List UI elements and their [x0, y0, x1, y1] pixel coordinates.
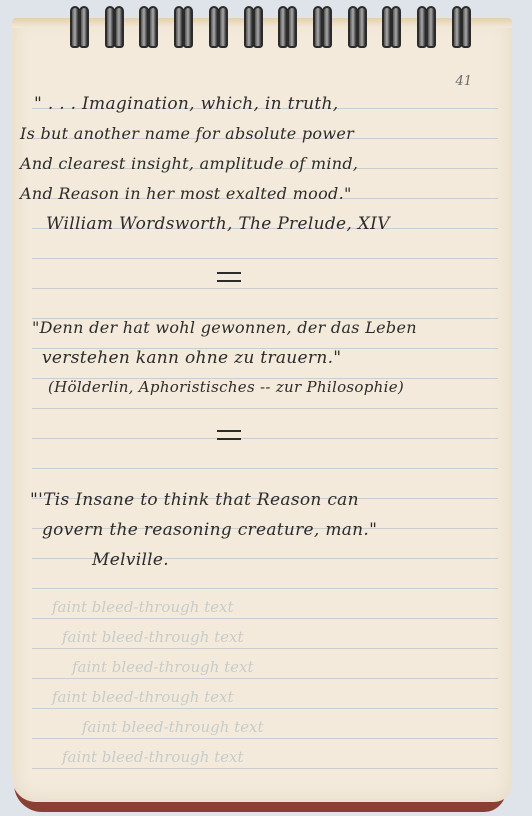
- spiral-coil: [348, 6, 366, 46]
- quote-attribution: (Hölderlin, Aphoristisches -- zur Philos…: [48, 378, 404, 396]
- ruled-line: [32, 618, 498, 619]
- ruled-line: [32, 678, 498, 679]
- quote-line: govern the reasoning creature, man.": [42, 520, 377, 540]
- ruled-line: [32, 468, 498, 469]
- separator-equals: [217, 430, 241, 440]
- bleed-through-text: faint bleed-through text: [62, 628, 244, 646]
- ruled-line: [32, 708, 498, 709]
- spiral-binding: [70, 6, 470, 50]
- bleed-through-text: faint bleed-through text: [62, 748, 244, 766]
- ruled-line: [32, 738, 498, 739]
- ruled-line: [32, 408, 498, 409]
- page-number: 41: [455, 74, 472, 89]
- separator-equals: [217, 272, 241, 282]
- spiral-coil: [244, 6, 262, 46]
- quote-line: "'Tis Insane to think that Reason can: [30, 490, 359, 510]
- quote-line: verstehen kann ohne zu trauern.": [42, 348, 341, 368]
- spiral-coil: [313, 6, 331, 46]
- spiral-coil: [417, 6, 435, 46]
- spiral-coil: [209, 6, 227, 46]
- spiral-coil: [452, 6, 470, 46]
- quote-line: " . . . Imagination, which, in truth,: [34, 94, 338, 114]
- bleed-through-text: faint bleed-through text: [52, 598, 234, 616]
- quote-line: "Denn der hat wohl gewonnen, der das Leb…: [32, 318, 417, 337]
- ruled-line: [32, 258, 498, 259]
- ruled-line: [32, 438, 498, 439]
- spiral-coil: [105, 6, 123, 46]
- bleed-through-text: faint bleed-through text: [72, 658, 254, 676]
- spiral-coil: [278, 6, 296, 46]
- quote-line: And Reason in her most exalted mood.": [20, 184, 352, 203]
- bleed-through-text: faint bleed-through text: [82, 718, 264, 736]
- ruled-line: [32, 588, 498, 589]
- spiral-coil: [70, 6, 88, 46]
- quote-attribution: Melville.: [92, 550, 169, 570]
- ruled-line: [32, 768, 498, 769]
- spiral-coil: [382, 6, 400, 46]
- notebook-page: faint bleed-through text faint bleed-thr…: [12, 18, 512, 802]
- quote-line: Is but another name for absolute power: [20, 124, 354, 143]
- quote-line: And clearest insight, amplitude of mind,: [20, 154, 358, 173]
- ruled-line: [32, 288, 498, 289]
- quote-attribution: William Wordsworth, The Prelude, XIV: [46, 214, 390, 234]
- spiral-coil: [174, 6, 192, 46]
- bleed-through-text: faint bleed-through text: [52, 688, 234, 706]
- ruled-line: [32, 648, 498, 649]
- spiral-coil: [139, 6, 157, 46]
